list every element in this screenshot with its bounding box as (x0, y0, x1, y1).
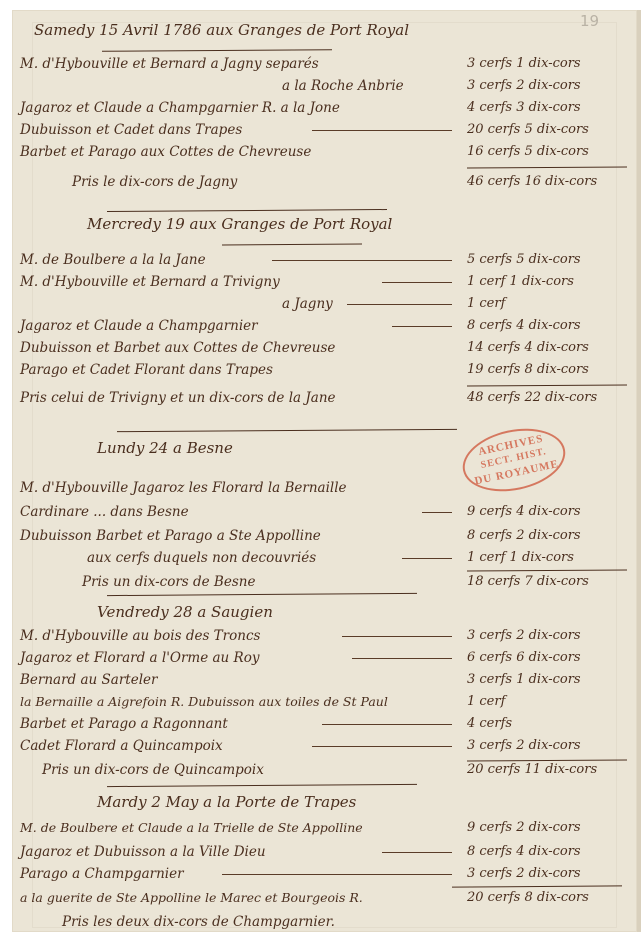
leader-dash (422, 512, 452, 513)
entry-row: la Bernaille a Aigrefoin R. Dubuisson au… (12, 690, 637, 714)
leader-dash (312, 746, 452, 747)
section-heading: Mardy 2 May a la Porte de Trapes (12, 790, 637, 814)
total-row: Pris les deux dix-cors de Champgarnier. (12, 910, 637, 934)
entry-row: Parago a Champgarnier 3 cerfs 2 dix-cors (12, 862, 637, 886)
entry-row: a Jagny 1 cerf (12, 292, 637, 316)
entry-row: Bernard au Sarteler 3 cerfs 1 dix-cors (12, 668, 637, 692)
entry-row: Jagaroz et Dubuisson a la Ville Dieu 8 c… (12, 840, 637, 864)
leader-dash (392, 326, 452, 327)
leader-dash (312, 130, 452, 131)
leader-dash (402, 558, 452, 559)
section-heading: Vendredy 28 a Saugien (12, 600, 637, 624)
leader-dash (222, 874, 452, 875)
entry-row: Cardinare ... dans Besne 9 cerfs 4 dix-c… (12, 500, 637, 524)
entry-row: a la Roche Anbrie 3 cerfs 2 dix-cors (12, 74, 637, 98)
entry-row: Dubuisson et Cadet dans Trapes 20 cerfs … (12, 118, 637, 142)
entry-row: M. d'Hybouville et Bernard a Trivigny 1 … (12, 270, 637, 294)
leader-dash (347, 304, 452, 305)
entry-row: Jagaroz et Claude a Champgarnier R. a la… (12, 96, 637, 120)
section-heading: Samedy 15 Avril 1786 aux Granges de Port… (12, 18, 637, 42)
entry-row: Barbet et Parago aux Cottes de Chevreuse… (12, 140, 637, 164)
entry-row: M. d'Hybouville Jagaroz les Florard la B… (12, 476, 637, 500)
manuscript-page: 19 Samedy 15 Avril 1786 aux Granges de P… (12, 10, 641, 932)
leader-dash (382, 282, 452, 283)
entry-row: a la guerite de Ste Appolline le Marec e… (12, 886, 637, 910)
total-row: Pris le dix-cors de Jagny 46 cerfs 16 di… (12, 170, 637, 194)
leader-dash (342, 636, 452, 637)
total-row: Pris un dix-cors de Quincampoix 20 cerfs… (12, 758, 637, 782)
total-row: Pris celui de Trivigny et un dix-cors de… (12, 386, 637, 410)
total-row: Pris un dix-cors de Besne 18 cerfs 7 dix… (12, 570, 637, 594)
leader-dash (272, 260, 452, 261)
entry-row: M. de Boulbere a la la Jane 5 cerfs 5 di… (12, 248, 637, 272)
entry-row: Dubuisson Barbet et Parago a Ste Appolli… (12, 524, 637, 548)
entry-row: M. d'Hybouville au bois des Troncs 3 cer… (12, 624, 637, 648)
entry-row: Jagaroz et Florard a l'Orme au Roy 6 cer… (12, 646, 637, 670)
entry-row: Jagaroz et Claude a Champgarnier 8 cerfs… (12, 314, 637, 338)
entry-row: Barbet et Parago a Ragonnant 4 cerfs (12, 712, 637, 736)
leader-dash (382, 852, 452, 853)
entry-row: Cadet Florard a Quincampoix 3 cerfs 2 di… (12, 734, 637, 758)
entry-row: Dubuisson et Barbet aux Cottes de Chevre… (12, 336, 637, 360)
entry-row: M. de Boulbere et Claude a la Trielle de… (12, 816, 637, 840)
entry-row: Parago et Cadet Florant dans Trapes 19 c… (12, 358, 637, 382)
leader-dash (352, 658, 452, 659)
section-heading: Mercredy 19 aux Granges de Port Royal (12, 212, 637, 236)
entry-row: M. d'Hybouville et Bernard a Jagny separ… (12, 52, 637, 76)
entry-row: aux cerfs duquels non decouvriés 1 cerf … (12, 546, 637, 570)
leader-dash (322, 724, 452, 725)
